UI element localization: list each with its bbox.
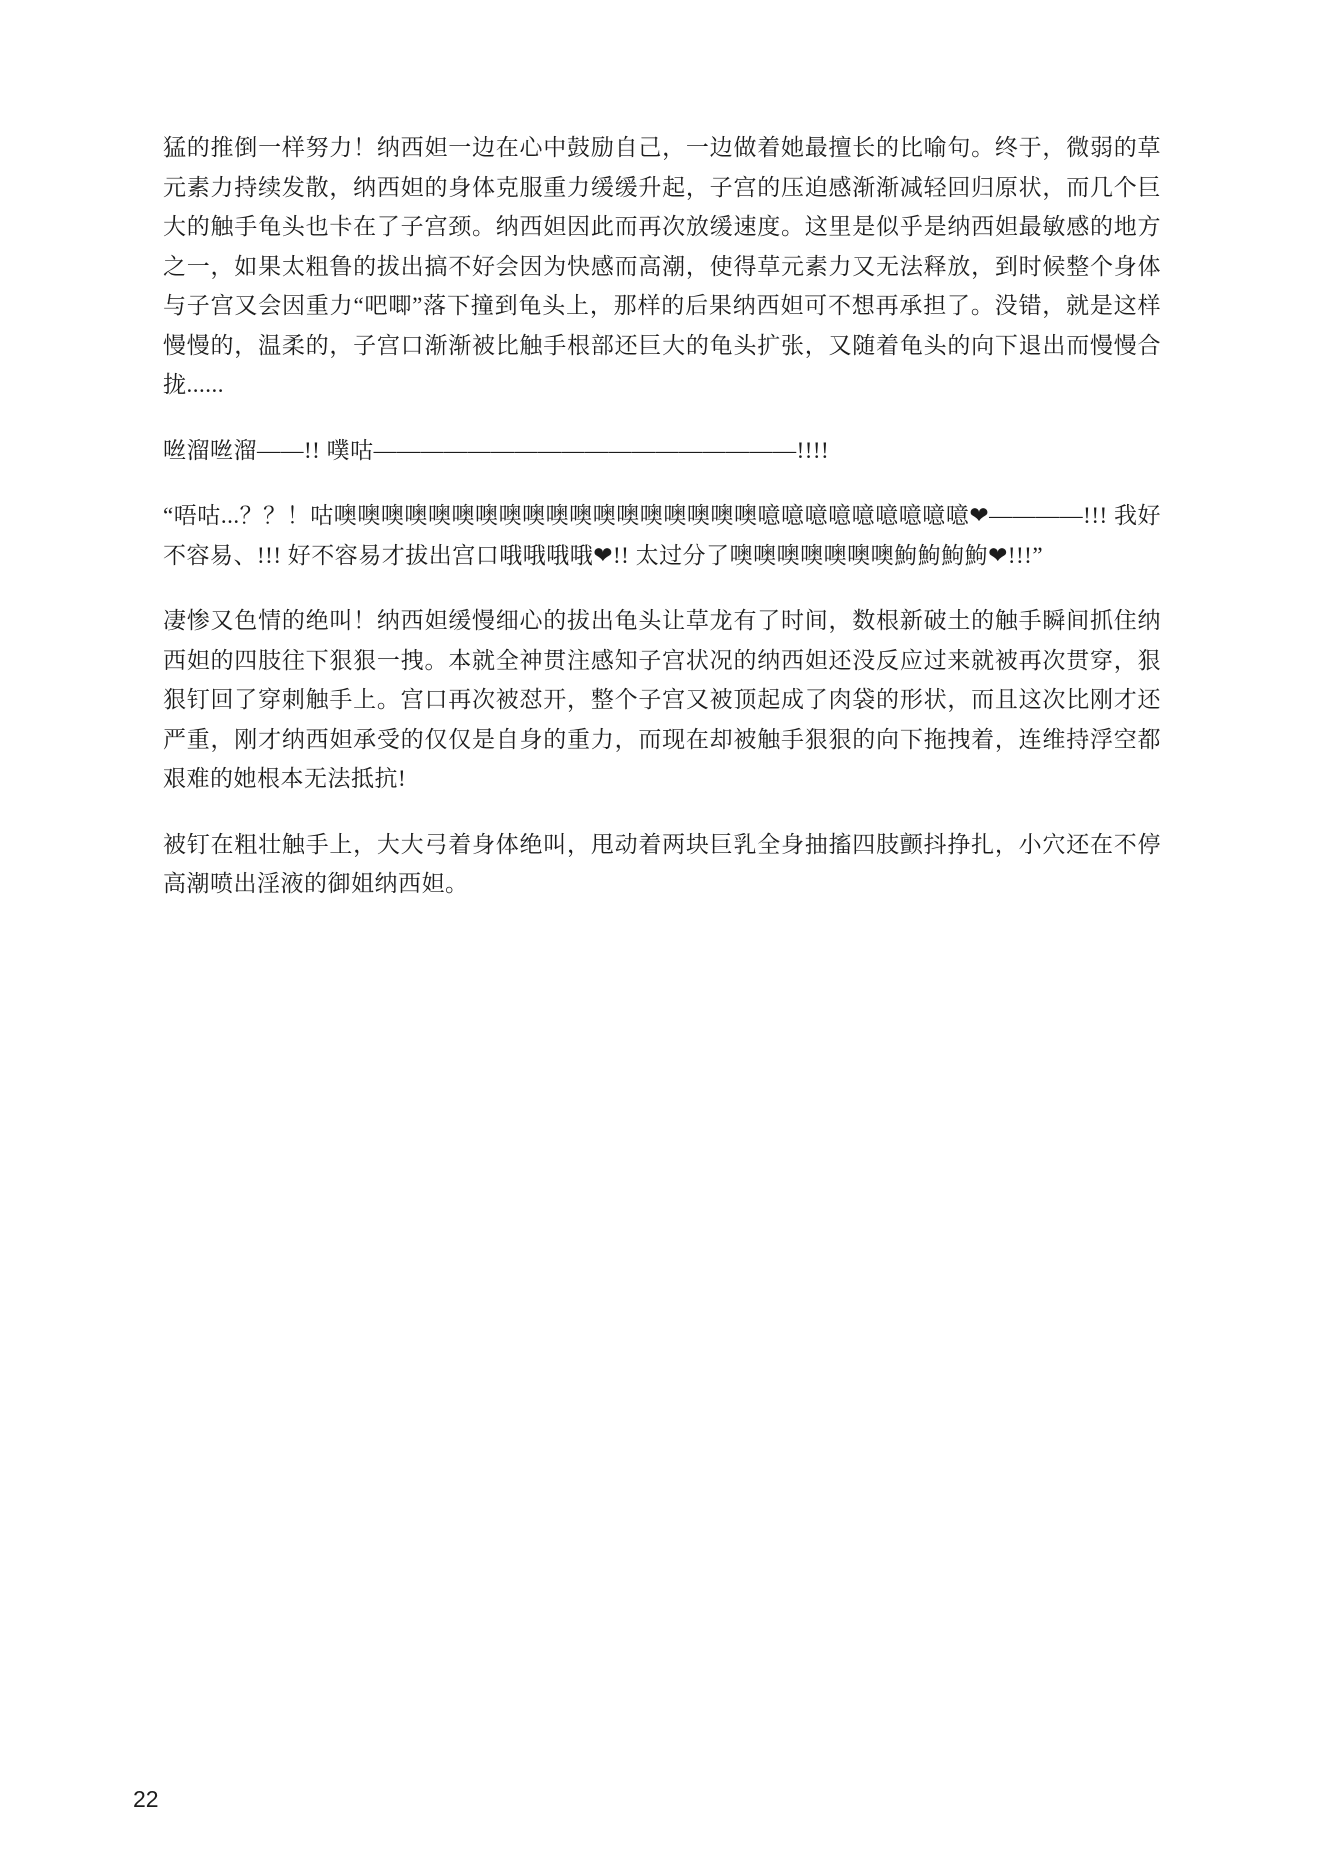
paragraph: 被钉在粗壮触手上，大大弓着身体绝叫，甩动着两块巨乳全身抽搐四肢颤抖挣扎，小穴还在… [163,825,1161,904]
document-body: 猛的推倒一样努力！纳西妲一边在心中鼓励自己，一边做着她最擅长的比喻句。终于，微弱… [163,128,1161,930]
paragraph: 凄惨又色情的绝叫！纳西妲缓慢细心的拔出龟头让草龙有了时间，数根新破土的触手瞬间抓… [163,601,1161,799]
document-page: 猛的推倒一样努力！纳西妲一边在心中鼓励自己，一边做着她最擅长的比喻句。终于，微弱… [0,0,1323,1871]
paragraph: “唔咕...？？！咕噢噢噢噢噢噢噢噢噢噢噢噢噢噢噢噢噢噢噫噫噫噫噫噫噫噫噫❤——… [163,496,1161,575]
paragraph: 猛的推倒一样努力！纳西妲一边在心中鼓励自己，一边做着她最擅长的比喻句。终于，微弱… [163,128,1161,405]
paragraph: 咝溜咝溜——!! 噗咕——————————————————!!!! [163,431,1161,471]
page-number: 22 [133,1785,159,1813]
